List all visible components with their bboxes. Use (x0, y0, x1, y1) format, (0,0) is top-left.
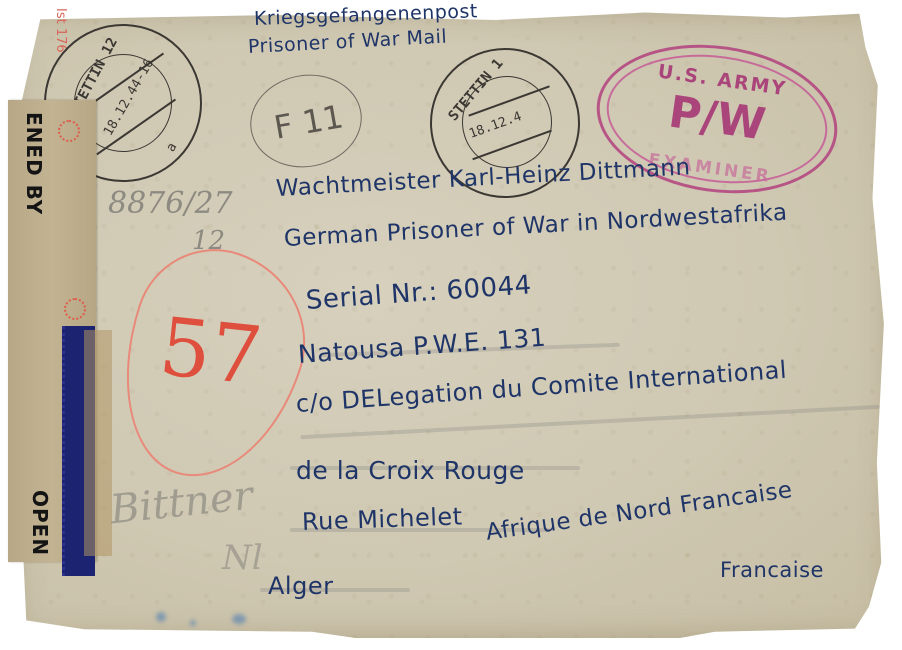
address-line-francaise: Francaise (720, 558, 824, 582)
pencil-signature-sub: Nl (222, 538, 263, 578)
censor-tape-text-bottom: OPEN (28, 490, 52, 556)
red-censor-code: Ist 176 (53, 8, 68, 53)
red-circle-stamp (64, 298, 86, 320)
pencil-reference: 8876/27 (108, 186, 233, 221)
address-line-croix-rouge: de la Croix Rouge (296, 456, 525, 485)
tape-strip (84, 330, 112, 556)
address-line-street: Rue Michelet (302, 502, 463, 536)
address-line-city: Alger (268, 572, 333, 600)
censor-tape-text-top: ENED BY (22, 112, 46, 215)
postmark-letter: a (163, 140, 180, 154)
red-crayon-number: 57 (155, 300, 266, 403)
red-circle-stamp (58, 120, 80, 142)
